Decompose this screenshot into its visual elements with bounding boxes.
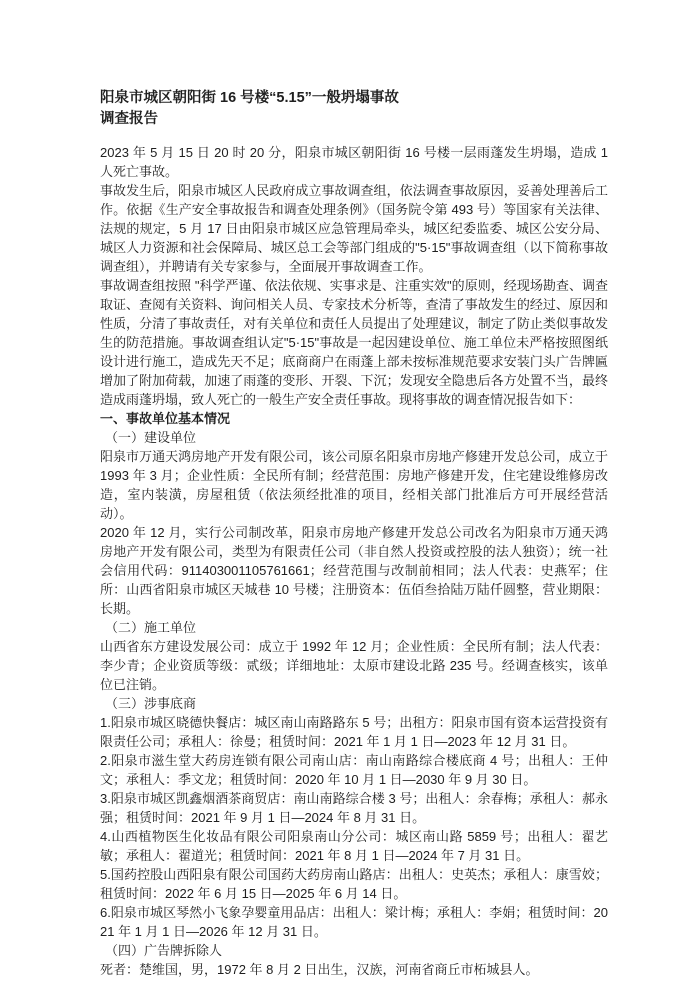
heading-section-1: 一、事故单位基本情况	[100, 409, 608, 428]
document-page: 阳泉市城区朝阳街 16 号楼“5.15”一般坍塌事故调查报告2023 年 5 月…	[0, 0, 700, 989]
list-item-shop-1: 1.阳泉市城区晓德快餐店：城区南山南路路东 5 号；出租方：阳泉市国有资本运营投…	[100, 713, 608, 751]
report-title-line-2: 调查报告	[100, 109, 608, 130]
para-investigation-setup: 事故发生后，阳泉市城区人民政府成立事故调查组，依法调查事故原因，妥善处理善后工作…	[100, 181, 608, 276]
para-investigation-findings: 事故调查组按照 "科学严谨、依法依规、实事求是、注重实效"的原则，经现场勘查、调…	[100, 276, 608, 409]
list-item-shop-4: 4.山西植物医生化妆品有限公司阳泉南山分公司：城区南山路 5859 号；出租人：…	[100, 827, 608, 865]
heading-1-1-construction-unit: （一）建设单位	[100, 428, 608, 447]
list-item-shop-6: 6.阳泉市城区琴然小飞象孕婴童用品店：出租人：梁计梅；承租人：李娟；租赁时间：2…	[100, 903, 608, 941]
para-incident-overview: 2023 年 5 月 15 日 20 时 20 分，阳泉市城区朝阳街 16 号楼…	[100, 143, 608, 181]
heading-1-4-sign-remover: （四）广告牌拆除人	[100, 941, 608, 960]
list-item-shop-5: 5.国药控股山西阳泉有限公司国药大药房南山路店：出租人：史英杰；承租人：康雪姣；…	[100, 865, 608, 903]
para-construction-unit-origin: 阳泉市万通天鸿房地产开发有限公司，该公司原名阳泉市房地产修建开发总公司，成立于 …	[100, 447, 608, 523]
para-deceased-info: 死者：楚维国，男，1972 年 8 月 2 日出生，汉族，河南省商丘市柘城县人。	[100, 960, 608, 979]
report-title-line-1: 阳泉市城区朝阳街 16 号楼“5.15”一般坍塌事故	[100, 88, 608, 109]
heading-1-3-involved-shops: （三）涉事底商	[100, 694, 608, 713]
para-contractor-details: 山西省东方建设发展公司：成立于 1992 年 12 月；企业性质：全民所有制；法…	[100, 637, 608, 694]
para-construction-unit-reform: 2020 年 12 月，实行公司制改革，阳泉市房地产修建开发总公司改名为阳泉市万…	[100, 523, 608, 618]
heading-1-2-construction-contractor: （二）施工单位	[100, 618, 608, 637]
list-item-shop-2: 2.阳泉市滋生堂大药房连锁有限公司南山店：南山南路综合楼底商 4 号；出租人：王…	[100, 751, 608, 789]
report-body: 阳泉市城区朝阳街 16 号楼“5.15”一般坍塌事故调查报告2023 年 5 月…	[100, 88, 608, 979]
list-item-shop-3: 3.阳泉市城区凯鑫烟酒茶商贸店：南山南路综合楼 3 号；出租人：余春梅；承租人：…	[100, 789, 608, 827]
